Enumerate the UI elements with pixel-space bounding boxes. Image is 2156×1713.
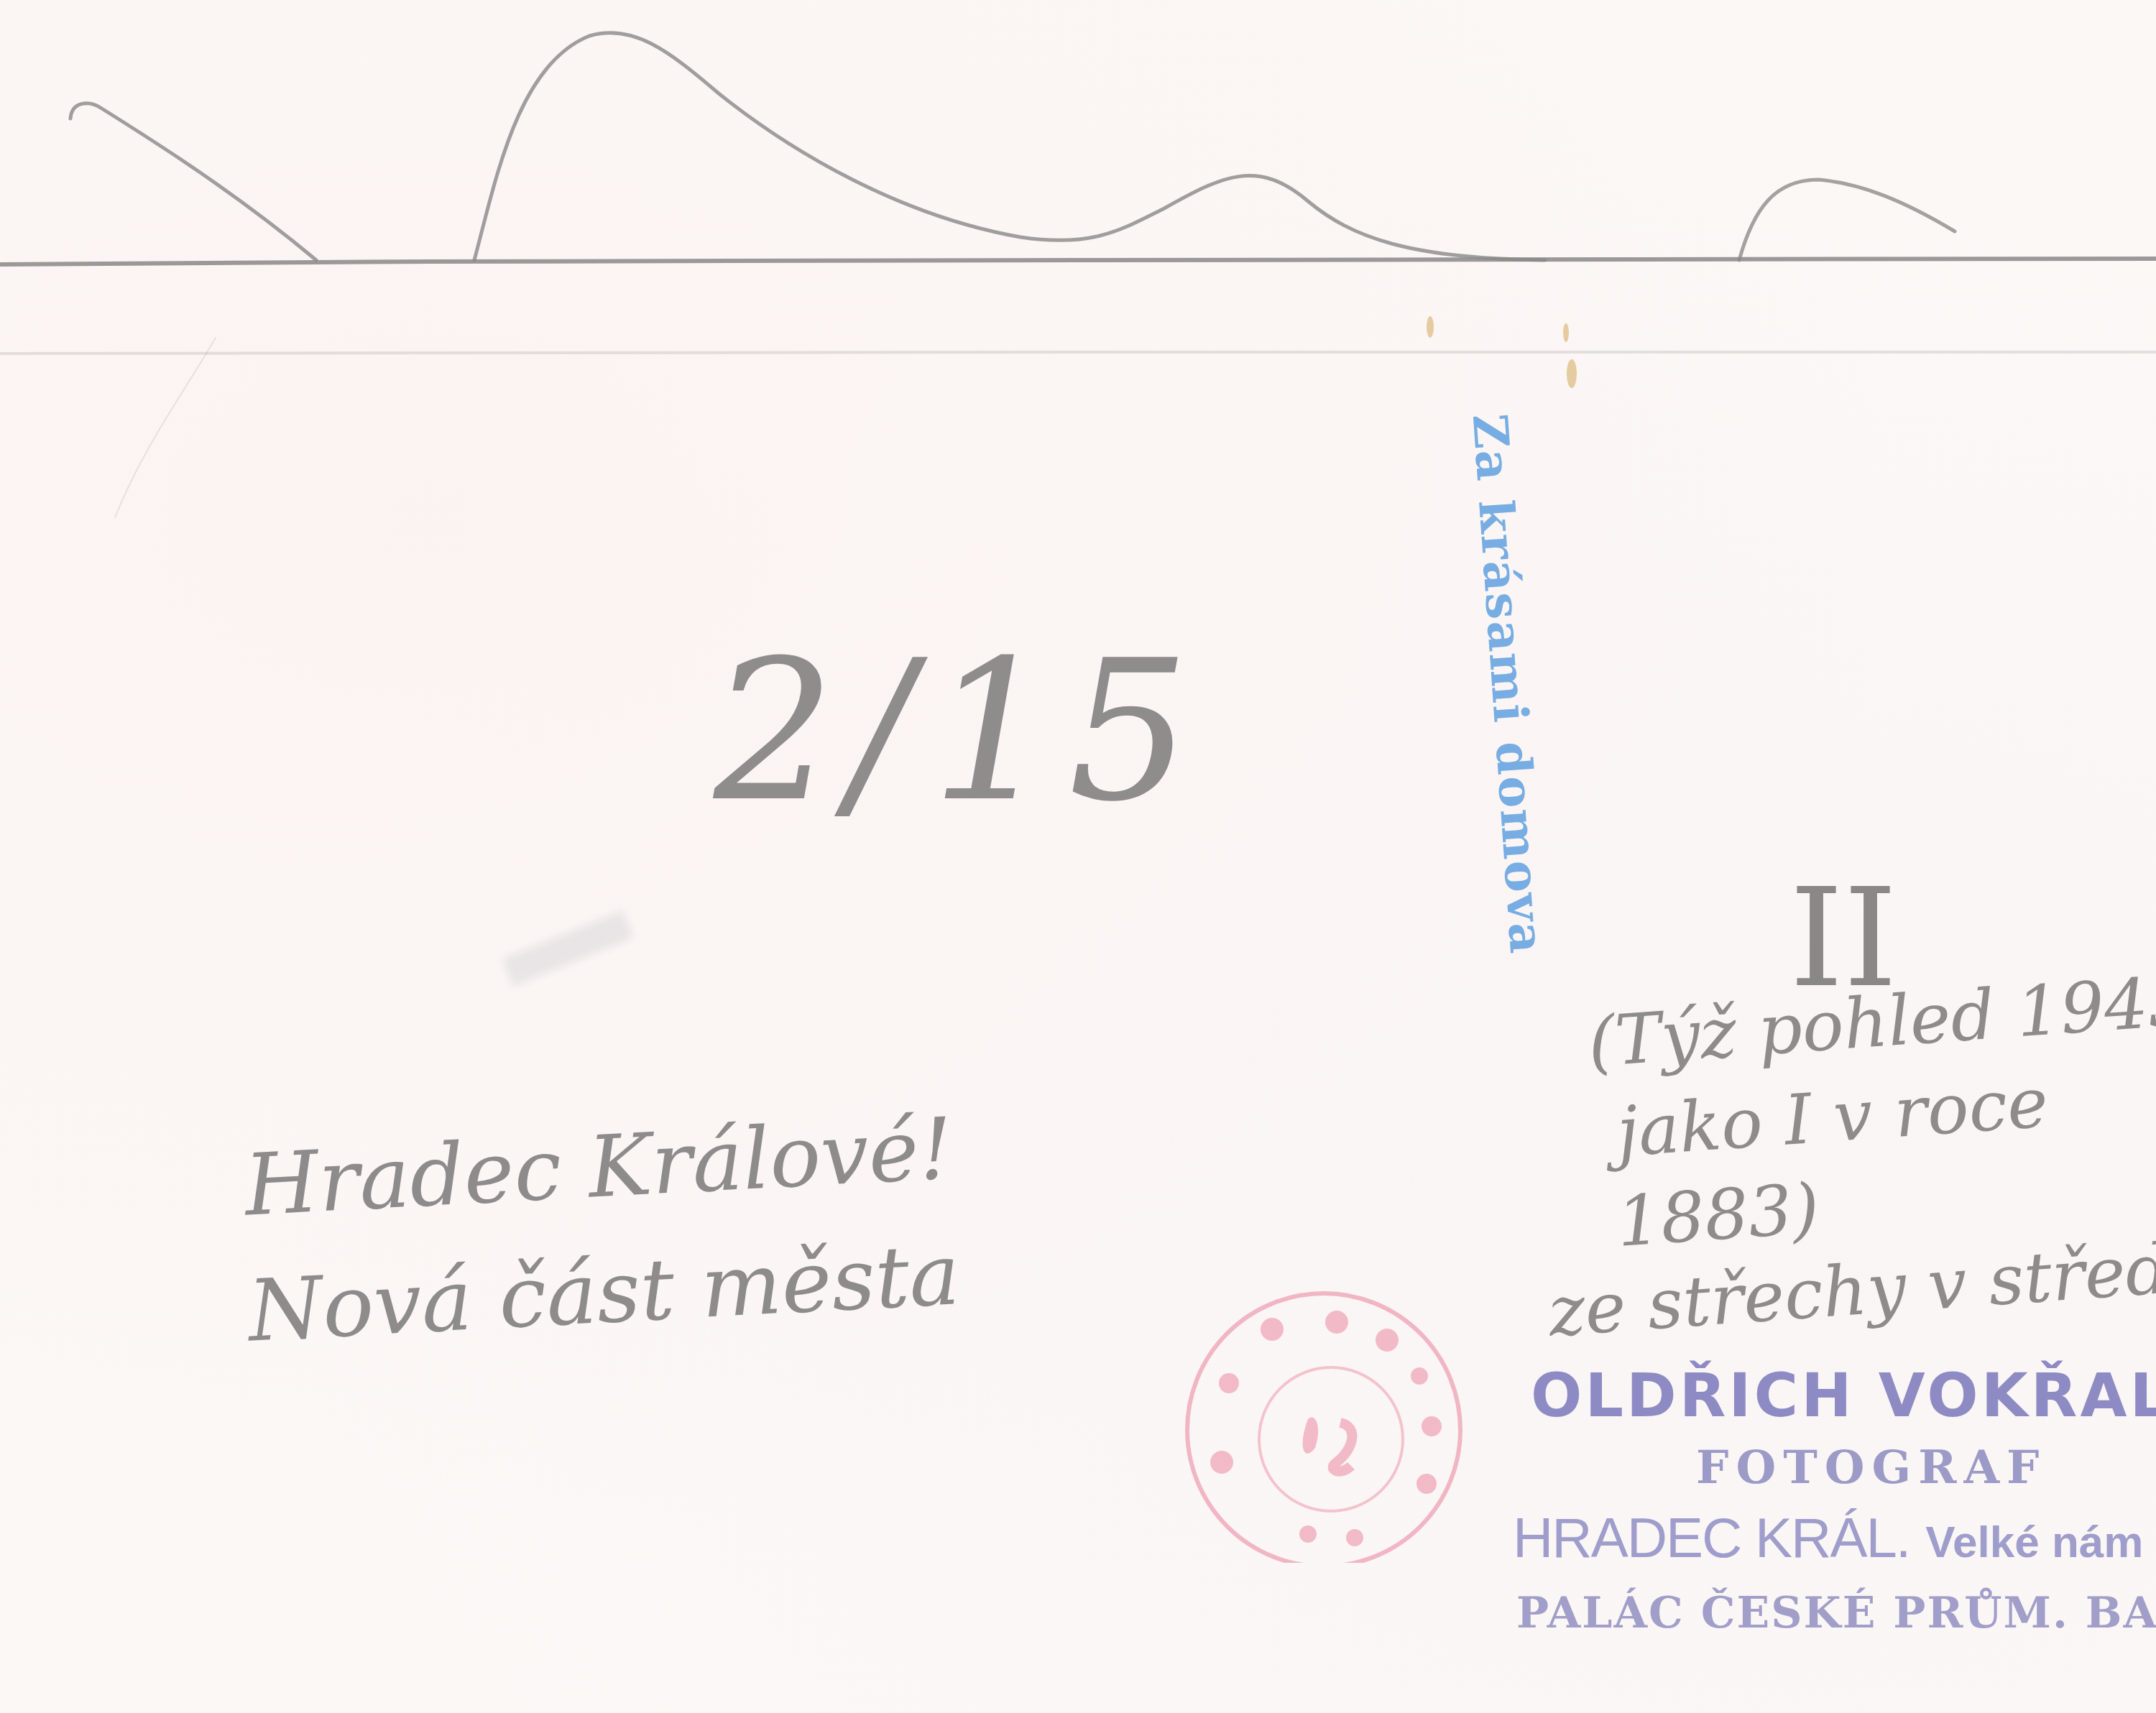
studio-title: FOTOGRAF — [1696, 1441, 2047, 1495]
studio-building: PALÁC ČESKÉ PRŮM. BANKY — [1516, 1588, 2156, 1638]
red-circular-stamp — [1171, 1275, 1477, 1563]
stain-spot — [1427, 316, 1434, 338]
studio-street: Velké nám — [1925, 1518, 2143, 1567]
stain-spot — [1567, 359, 1577, 388]
studio-city: HRADEC KRÁL. — [1513, 1506, 1909, 1569]
catalog-number: 2/15 — [691, 618, 1225, 844]
studio-address: HRADEC KRÁL. Velké nám — [1513, 1505, 2143, 1571]
stain-spot — [1563, 323, 1569, 342]
note-line: 1883) — [1614, 1168, 1822, 1262]
studio-name: OLDŘICH VOKŘAL, — [1531, 1360, 2156, 1431]
